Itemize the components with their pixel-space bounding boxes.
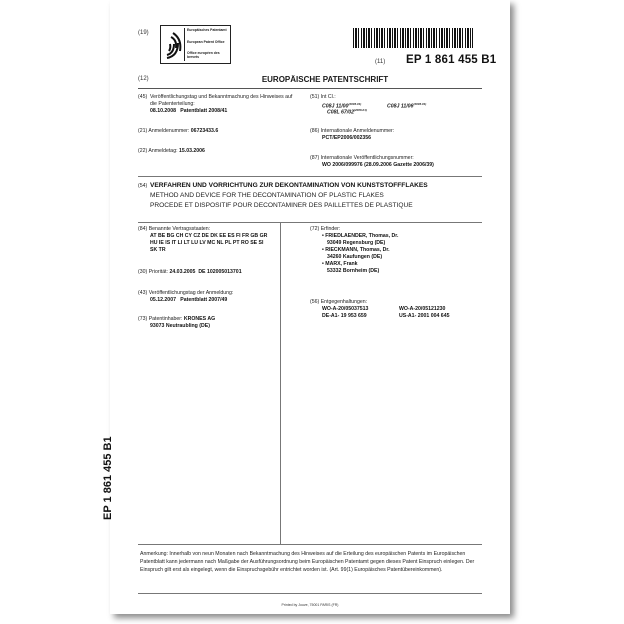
label: Anmeldetag: [148,148,177,154]
ipc-version: (2006.01) [413,102,426,106]
value: PCT/EP2006/002356 [322,135,480,142]
office-name-de: Europäisches Patentamt [187,28,227,40]
label: Priorität: [149,269,168,275]
patent-page: (19) Europäisches Patentamt European Pat… [110,0,510,614]
inventor-address: 34260 Kaufungen (DE) [327,254,480,261]
divider [138,176,482,177]
ipc-version: (2006.01) [354,108,367,112]
value: 06723433.6 [191,128,218,134]
field-86: (86) Internationale Anmeldenummer: PCT/E… [310,128,480,142]
divider [138,222,482,223]
value: 05.12.2007 Patentblatt 2007/49 [150,297,233,304]
office-names: Europäisches Patentamt European Patent O… [187,28,227,59]
code: (45) [138,94,150,115]
code: (54) [138,181,150,211]
code: (56) [310,299,319,305]
address: 93073 Neutraubling (DE) [150,323,215,330]
field-72: (72) Erfinder: • FRIEDLAENDER, Thomas, D… [310,226,480,275]
citation: US-A1- 2001 004 645 [399,313,479,320]
divider [138,593,482,594]
field-87: (87) Internationale Veröffentlichungsnum… [310,155,485,169]
value: 24.03.2005 DE 102005013701 [169,269,241,275]
epo-logo: Europäisches Patentamt European Patent O… [160,25,231,64]
publication-number: EP 1 861 455 B1 [406,54,496,66]
inventor-name: MARX, Frank [325,261,357,267]
states-line: HU IE IS IT LI LT LU LV MC NL PL PT RO S… [150,240,278,247]
field-73: (73) Patentinhaber: KRONES AG 93073 Neut… [138,316,215,330]
label: Internationale Anmeldenummer: [321,128,395,134]
label: Veröffentlichungstag und Bekanntmachung … [150,94,293,108]
title-en: METHOD AND DEVICE FOR THE DECONTAMINATIO… [150,191,428,201]
field-21: (21) Anmeldenummer: 06723433.6 [138,128,218,135]
code: (86) [310,128,319,134]
field-43: (43) Veröffentlichungstag der Anmeldung:… [138,290,233,304]
value: WO 2006/099976 (28.09.2006 Gazette 2006/… [322,162,485,169]
code: (43) [138,290,147,296]
ipc-class: C08L 67/02 [327,110,354,116]
field-84: (84) Benannte Vertragsstaaten: AT BE BG … [138,226,278,254]
label: Internationale Veröffentlichungsnummer: [321,155,414,161]
field-56: (56) Entgegenhaltungen: WO-A-20/05037513… [310,299,485,320]
label: Int Cl.: [321,94,336,100]
code: (22) [138,148,147,154]
field-22: (22) Anmeldetag: 15.03.2006 [138,148,205,155]
inventor: • FRIEDLAENDER, Thomas, Dr. [322,233,480,240]
divider [138,544,482,545]
logo-divider [184,28,185,61]
field-code-11: (11) [375,59,385,65]
opposition-note: Anmerkung: Innerhalb von neun Monaten na… [140,550,480,574]
value: KRONES AG [184,316,215,322]
ipc-version: (2006.01) [348,102,361,106]
inventor-name: FRIEDLAENDER, Thomas, Dr. [325,233,398,239]
code: (72) [310,226,319,232]
citation: WO-A-20/05037513 [322,306,399,313]
ipc-class: C08J 11/06 [387,104,413,110]
code: (84) [138,226,147,232]
code: (21) [138,128,147,134]
office-name-en: European Patent Office [187,40,227,51]
value: 15.03.2006 [179,148,205,154]
code: (87) [310,155,319,161]
document-kind: EUROPÄISCHE PATENTSCHRIFT [110,75,510,84]
header-divider [138,88,482,89]
inventor-address: 53332 Bornheim (DE) [327,268,480,275]
code: (51) [310,94,319,100]
side-publication-number: EP 1 861 455 B1 [102,436,114,520]
field-code-19: (19) [138,30,149,36]
title-fr: PROCEDE ET DISPOSITIF POUR DECONTAMINER … [150,201,428,211]
column-divider [280,222,281,544]
citation: WO-A-20/05121230 [399,306,479,313]
citation: DE-A1- 19 953 659 [322,313,399,320]
inventor: • MARX, Frank [322,261,480,268]
title-de: VERFAHREN UND VORRICHTUNG ZUR DEKONTAMIN… [150,181,428,191]
field-30: (30) Priorität: 24.03.2005 DE 1020050137… [138,269,242,276]
label: Benannte Vertragsstaaten: [149,226,210,232]
inventor-address: 93049 Regensburg (DE) [327,240,480,247]
label: Patentinhaber: [149,316,183,322]
label: Anmeldenummer: [148,128,189,134]
label: Veröffentlichungstag der Anmeldung: [149,290,234,296]
field-45: (45) Veröffentlichungstag und Bekanntmac… [138,94,293,115]
value: 08.10.2008 Patentblatt 2008/41 [150,108,293,115]
barcode [353,28,473,48]
code: (30) [138,269,147,275]
field-54-titles: (54) VERFAHREN UND VORRICHTUNG ZUR DEKON… [138,181,483,211]
label: Entgegenhaltungen: [321,299,367,305]
code: (73) [138,316,147,322]
label: Erfinder: [321,226,341,232]
states-line: SK TR [150,247,278,254]
epo-logo-icon [163,29,183,60]
inventor: • RIECKMANN, Thomas, Dr. [322,247,480,254]
field-51: (51) Int Cl.: C08J 11/00(2006.01) C08J 1… [310,94,480,115]
inventor-name: RIECKMANN, Thomas, Dr. [325,247,389,253]
states-line: AT BE BG CH CY CZ DE DK EE ES FI FR GB G… [150,233,278,240]
printed-by: Printed by Jouve, 75001 PARIS (FR) [110,603,510,607]
office-name-fr: Office européen des brevets [187,51,227,59]
